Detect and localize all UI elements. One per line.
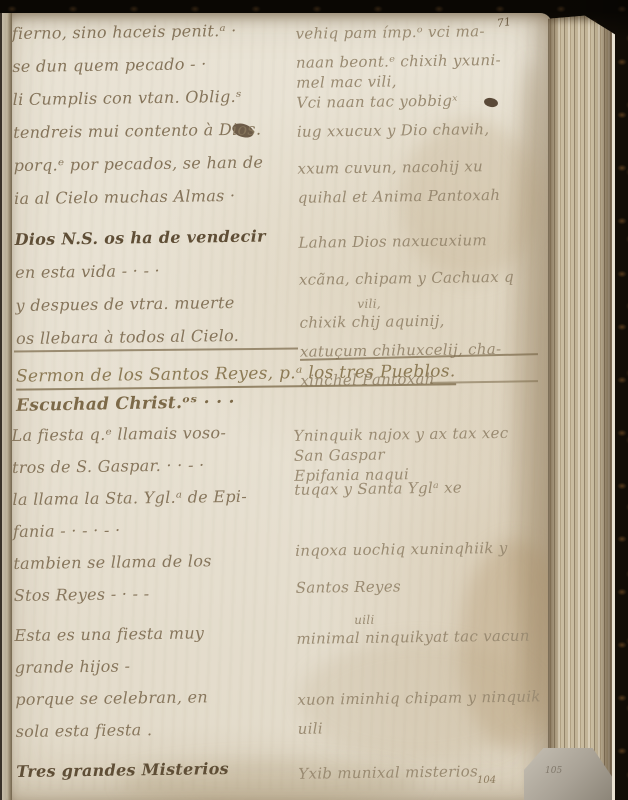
manuscript-line: tros de S. Gaspar. · · - · bbox=[12, 454, 304, 478]
manuscript-line: tendreis mui contento à Dios. bbox=[13, 119, 305, 143]
manuscript-line: Stos Reyes - · - - bbox=[14, 582, 306, 606]
manuscript-line: vehiq pam ímp.ᵒ vci ma- bbox=[295, 20, 551, 44]
manuscript-line: xuon iminhiq chipam y ninquik bbox=[297, 686, 559, 710]
manuscript-line: y despues de vtra. muerte bbox=[15, 292, 307, 316]
manuscript-line: ia al Cielo muchas Almas · bbox=[14, 185, 306, 209]
manuscript-line: os llebara à todos al Cielo. bbox=[16, 325, 308, 349]
qeqchi-column-lower: Yninquik najox y ax tax xecSan GasparEpi… bbox=[293, 422, 560, 793]
section-heading: Sermon de los Santos Reyes, p.ᵃ los tres… bbox=[16, 361, 456, 386]
manuscript-line: quihal et Anima Pantoxah bbox=[298, 184, 554, 208]
folio-number-bottom: 104 bbox=[477, 775, 496, 786]
manuscript-line: fania - · - · - · bbox=[13, 518, 305, 542]
manuscript-line: Santos Reyes bbox=[296, 574, 558, 598]
manuscript-line: porq.ᵉ por pecados, se han de bbox=[13, 152, 305, 176]
manuscript-line: Yxib munixal misterios bbox=[298, 760, 560, 784]
manuscript-line: vili, bbox=[299, 295, 555, 311]
manuscript-line: inqoxa uochiq xuninqhiik y bbox=[295, 537, 557, 561]
manuscript-line: tambien se llama de los bbox=[13, 550, 305, 574]
spanish-column-upper: fierno, sino haceis penit.ᵃ ·se dun quem… bbox=[12, 20, 309, 362]
manuscript-line: xxum cuvun, nacohij xu bbox=[297, 155, 553, 179]
qeqchi-column-upper: vehiq pam ímp.ᵒ vci ma-naan beont.ᵉ chix… bbox=[295, 20, 556, 400]
manuscript-line: uili bbox=[296, 611, 558, 627]
manuscript-line: se dun quem pecado - · bbox=[12, 53, 304, 77]
manuscript-line: Tres grandes Misterios bbox=[16, 758, 308, 782]
manuscript-line: sola esta fiesta . bbox=[16, 718, 308, 742]
salutation: Escuchad Christ.ᵒˢ · · · bbox=[16, 392, 235, 416]
manuscript-line: chixik chij aquinij, bbox=[299, 309, 555, 333]
manuscript-line: Dios N.S. os ha de vendecir bbox=[15, 226, 307, 250]
spanish-column-lower: La fiesta q.ᵉ llamais voso-tros de S. Ga… bbox=[11, 422, 308, 794]
manuscript-line: porque se celebran, en bbox=[15, 686, 307, 710]
manuscript-line: uili bbox=[298, 715, 560, 739]
manuscript-line: en esta vida - · - · bbox=[15, 259, 307, 283]
manuscript-line: tuqax y Santa Yglᵃ xe bbox=[294, 476, 556, 500]
manuscript-line: Lahan Dios naxucuxium bbox=[298, 229, 554, 253]
manuscript-line: li Cumplis con vtan. Oblig.ˢ bbox=[13, 86, 305, 110]
manuscript-line: grande hijos - bbox=[15, 654, 307, 678]
manuscript-line: Esta es una fiesta muy bbox=[14, 622, 306, 646]
manuscript-line: La fiesta q.ᵉ llamais voso- bbox=[11, 422, 303, 446]
manuscript-line: Vci naan tac yobbigˣ bbox=[296, 89, 552, 113]
manuscript-scan: 71 fierno, sino haceis penit.ᵃ ·se dun q… bbox=[0, 0, 628, 800]
manuscript-line: iug xxucux y Dio chavih, bbox=[297, 118, 553, 142]
manuscript-line: minimal ninquikyat tac vacun bbox=[296, 625, 558, 649]
folio-number-next-page: 105 bbox=[545, 766, 562, 776]
manuscript-line: fierno, sino haceis penit.ᵃ · bbox=[12, 20, 304, 44]
manuscript-line: xcãna, chipam y Cachuax q bbox=[299, 266, 555, 290]
manuscript-line: la llama la Sta. Ygl.ᵃ de Epi- bbox=[12, 486, 304, 510]
